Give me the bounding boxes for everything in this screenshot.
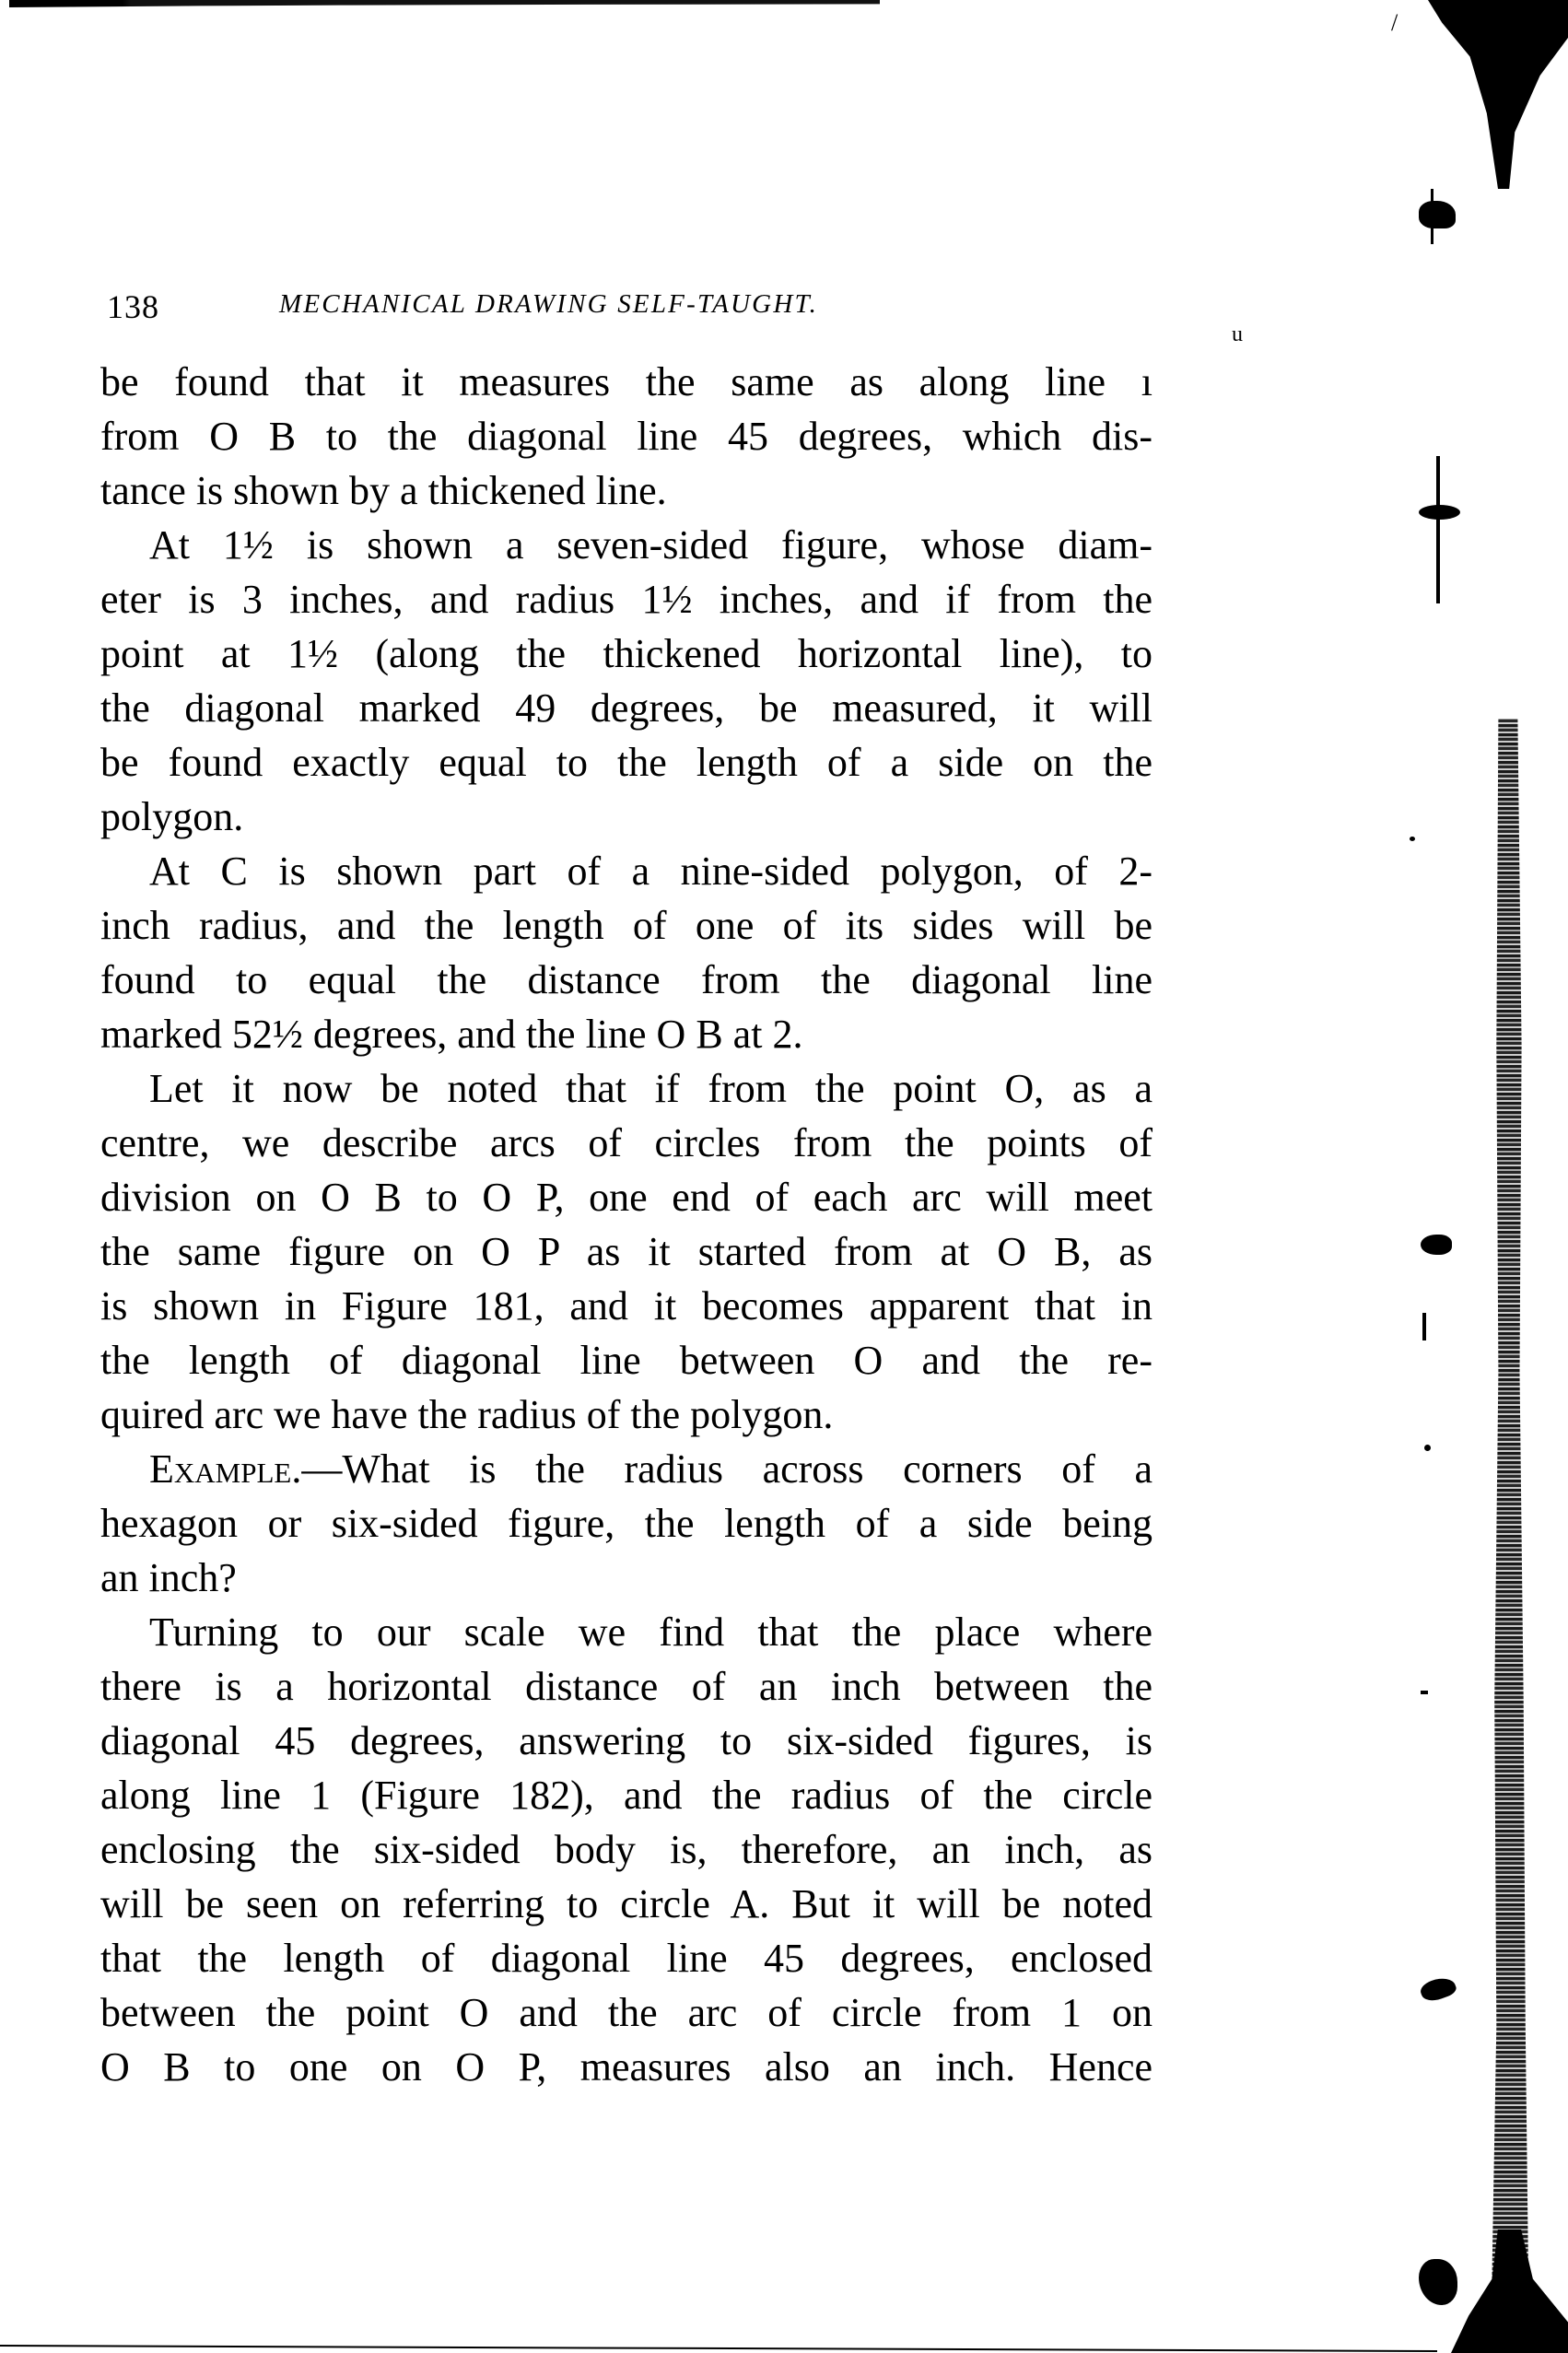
ink-blot	[1419, 201, 1456, 228]
text-line: found to equal the distance from the dia…	[100, 953, 1153, 1007]
text-line: diagonal 45 degrees, answering to six-si…	[100, 1714, 1153, 1768]
example-text: —What is the radius across corners of a	[301, 1446, 1153, 1492]
text-line: eter is 3 inches, and radius 1½ inches, …	[100, 572, 1153, 626]
ink-dot	[1424, 1445, 1431, 1451]
stray-mark: u	[1232, 322, 1243, 347]
speckle-band	[1491, 719, 1529, 2353]
text-line: polygon.	[100, 790, 1153, 844]
text-line: quired arc we have the radius of the pol…	[100, 1387, 1153, 1442]
text-line: tance is shown by a thickened line.	[100, 463, 1153, 518]
text-line: the same figure on O P as it started fro…	[100, 1224, 1153, 1279]
scan-margin-artifacts	[1363, 0, 1568, 2353]
text-line: inch radius, and the length of one of it…	[100, 898, 1153, 953]
text-line: along line 1 (Figure 182), and the radiu…	[100, 1768, 1153, 1822]
bottom-scan-edge	[0, 2345, 1437, 2352]
text-line: an inch?	[100, 1551, 1153, 1605]
text-line: the diagonal marked 49 degrees, be measu…	[100, 681, 1153, 735]
ink-stroke	[1422, 1313, 1426, 1340]
text-line: there is a horizontal distance of an inc…	[100, 1659, 1153, 1714]
text-line: will be seen on referring to circle A. B…	[100, 1877, 1153, 1931]
ink-blot	[1418, 1973, 1457, 2005]
text-line: be found that it measures the same as al…	[100, 355, 1153, 409]
ink-stroke	[1436, 456, 1440, 603]
text-line: between the point O and the arc of circl…	[100, 1985, 1153, 2040]
text-line: point at 1½ (along the thickened horizon…	[100, 626, 1153, 681]
ink-blot-top	[1428, 0, 1568, 189]
page-number: 138	[107, 287, 159, 326]
paragraph-start: Let it now be noted that if from the poi…	[149, 1061, 1153, 1116]
book-page: 138 MECHANICAL DRAWING SELF-TAUGHT. / u …	[0, 0, 1568, 2353]
text-line: is shown in Figure 181, and it becomes a…	[100, 1279, 1153, 1333]
text-line: that the length of diagonal line 45 degr…	[100, 1931, 1153, 1985]
paragraph-start: Turning to our scale we find that the pl…	[149, 1605, 1153, 1659]
text-line: be found exactly equal to the length of …	[100, 735, 1153, 790]
text-line: enclosing the six-sided body is, therefo…	[100, 1822, 1153, 1877]
text-line: division on O B to O P, one end of each …	[100, 1170, 1153, 1224]
text-line: from O B to the diagonal line 45 degrees…	[100, 409, 1153, 463]
text-line: marked 52½ degrees, and the line O B at …	[100, 1007, 1153, 1061]
ink-dot	[1421, 1691, 1428, 1694]
ink-stroke	[1431, 189, 1433, 244]
text-line: hexagon or six-sided figure, the length …	[100, 1496, 1153, 1551]
ink-dot	[1410, 837, 1415, 841]
text-line: O B to one on O P, measures also an inch…	[100, 2040, 1153, 2094]
text-line: centre, we describe arcs of circles from…	[100, 1116, 1153, 1170]
top-scan-edge	[9, 0, 880, 7]
ink-blot-bottom	[1451, 2230, 1568, 2353]
example-label: Example.	[149, 1446, 301, 1492]
paragraph-start: At C is shown part of a nine-sided polyg…	[149, 844, 1153, 898]
running-title: MECHANICAL DRAWING SELF-TAUGHT.	[279, 289, 818, 320]
ink-blot	[1419, 2259, 1457, 2305]
example-paragraph-start: Example.—What is the radius across corne…	[149, 1442, 1153, 1496]
paragraph-start: At 1½ is shown a seven-sided figure, who…	[149, 518, 1153, 572]
text-line: the length of diagonal line between O an…	[100, 1333, 1153, 1387]
ink-blot	[1421, 1235, 1452, 1255]
